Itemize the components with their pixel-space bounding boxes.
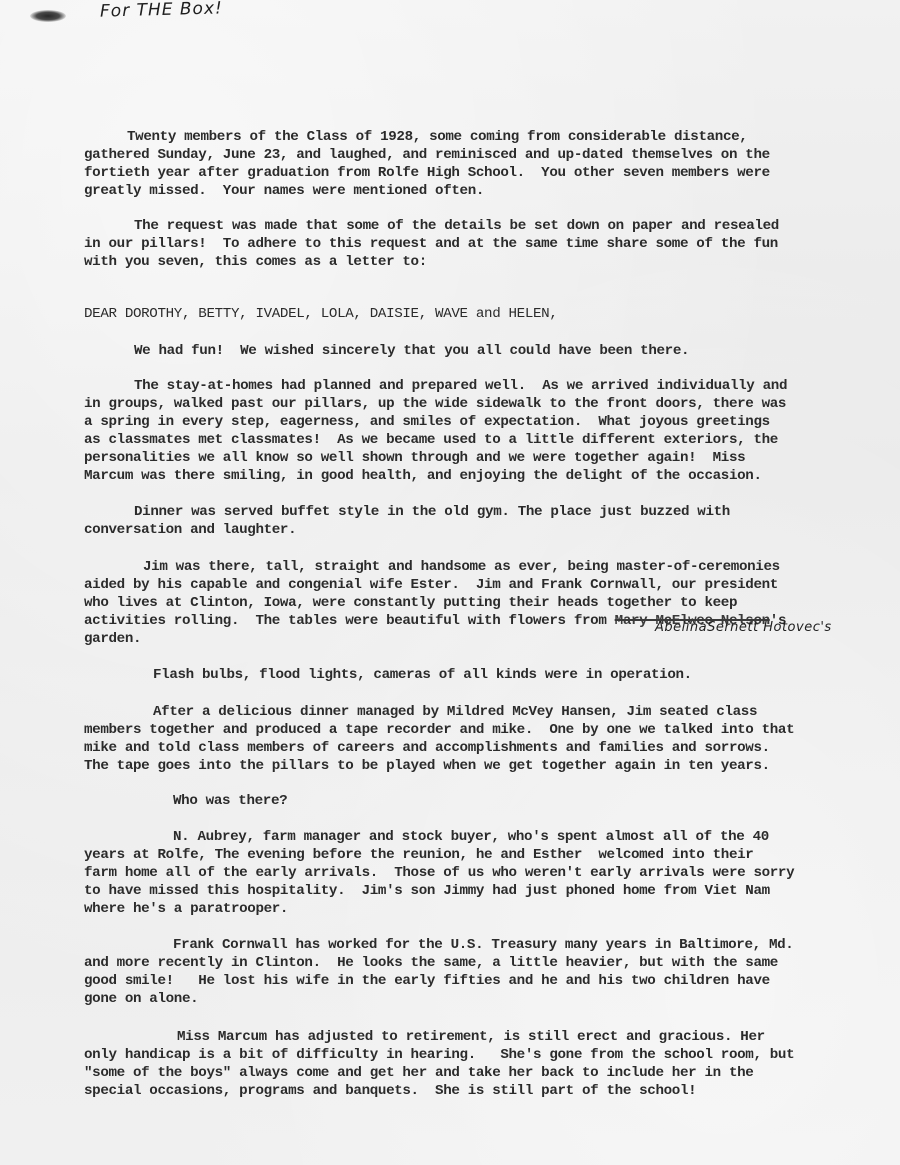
paragraph-1-line-4: greatly missed. Your names were mentione… — [84, 182, 484, 200]
paragraph-2-line-1: The request was made that some of the de… — [134, 217, 779, 235]
salutation: DEAR DOROTHY, BETTY, IVADEL, LOLA, DAISI… — [84, 305, 558, 323]
paragraph-7-line-4-text: activities rolling. The tables were beau… — [84, 613, 615, 629]
paragraph-7-line-3: who lives at Clinton, Iowa, were constan… — [84, 594, 737, 612]
paragraph-10-line-1: Who was there? — [173, 792, 287, 810]
typewritten-letter-page: For THE Box! Twenty members of the Class… — [0, 0, 900, 1165]
paragraph-11-line-4: to have missed this hospitality. Jim's s… — [84, 882, 770, 900]
paragraph-6-line-2: conversation and laughter. — [84, 521, 296, 539]
paragraph-2-line-3: with you seven, this comes as a letter t… — [84, 253, 427, 271]
paragraph-11-line-5: where he's a paratrooper. — [84, 900, 288, 918]
paragraph-7-line-5: garden. — [84, 630, 141, 648]
paragraph-13-line-2: only handicap is a bit of difficulty in … — [84, 1046, 794, 1064]
handwritten-header-note: For THE Box! — [100, 0, 223, 22]
paragraph-1-line-1: Twenty members of the Class of 1928, som… — [127, 128, 747, 146]
paragraph-12-line-4: gone on alone. — [84, 990, 198, 1008]
paragraph-13-line-1: Miss Marcum has adjusted to retirement, … — [177, 1028, 765, 1046]
paragraph-11-line-3: farm home all of the early arrivals. Tho… — [84, 864, 794, 882]
paragraph-12-line-3: good smile! He lost his wife in the earl… — [84, 972, 770, 990]
paragraph-9-line-3: mike and told class members of careers a… — [84, 739, 770, 757]
paragraph-12-line-2: and more recently in Clinton. He looks t… — [84, 954, 778, 972]
paragraph-7-line-1: Jim was there, tall, straight and handso… — [143, 558, 780, 576]
paragraph-4-line-1: We had fun! We wished sincerely that you… — [134, 342, 689, 360]
paragraph-7-line-2: aided by his capable and congenial wife … — [84, 576, 778, 594]
paragraph-2-line-2: in our pillars! To adhere to this reques… — [84, 235, 778, 253]
paragraph-11-line-1: N. Aubrey, farm manager and stock buyer,… — [173, 828, 769, 846]
paragraph-6-line-1: Dinner was served buffet style in the ol… — [134, 503, 730, 521]
ink-smudge — [30, 10, 66, 22]
paragraph-12-line-1: Frank Cornwall has worked for the U.S. T… — [173, 936, 793, 954]
paragraph-5-line-2: in groups, walked past our pillars, up t… — [84, 395, 786, 413]
paragraph-5-line-4: as classmates met classmates! As we beca… — [84, 431, 778, 449]
paragraph-11-line-2: years at Rolfe, The evening before the r… — [84, 846, 753, 864]
paragraph-13-line-4: special occasions, programs and banquets… — [84, 1082, 696, 1100]
paragraph-13-line-3: "some of the boys" always come and get h… — [84, 1064, 753, 1082]
paragraph-9-line-4: The tape goes into the pillars to be pla… — [84, 757, 770, 775]
paragraph-1-line-3: fortieth year after graduation from Rolf… — [84, 164, 770, 182]
paragraph-8-line-1: Flash bulbs, flood lights, cameras of al… — [153, 666, 692, 684]
paragraph-5-line-6: Marcum was there smiling, in good health… — [84, 467, 762, 485]
paragraph-1-line-2: gathered Sunday, June 23, and laughed, a… — [84, 146, 770, 164]
paragraph-5-line-1: The stay-at-homes had planned and prepar… — [134, 377, 787, 395]
paragraph-5-line-3: a spring in every step, eagerness, and s… — [84, 413, 770, 431]
paragraph-5-line-5: personalities we all know so well shown … — [84, 449, 745, 467]
paragraph-9-line-2: members together and produced a tape rec… — [84, 721, 794, 739]
handwritten-name-correction: AbelinaSernett Hotovec's — [655, 620, 832, 635]
paragraph-9-line-1: After a delicious dinner managed by Mild… — [153, 703, 757, 721]
